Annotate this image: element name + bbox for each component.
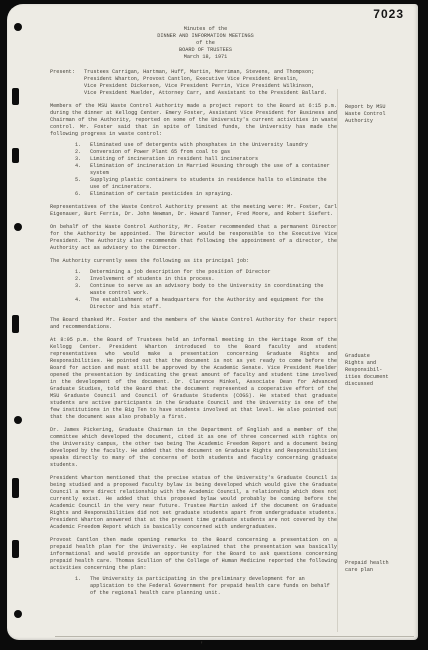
binder-hole [12,540,19,558]
present-section: Present: Trustees Carrigan, Hartman, Huf… [50,69,337,97]
numbered-list: 1.Eliminated use of detergents with phos… [75,142,337,198]
paragraph: President Wharton mentioned that the pre… [50,475,337,531]
document-blocks: Members of the MSU Waste Control Authori… [50,103,337,597]
margin-column-rule [337,89,338,632]
paragraph: The Authority currently sees the followi… [50,258,337,265]
list-item: 6.Elimination of certain pesticides in s… [75,191,337,198]
present-attendees: Trustees Carrigan, Hartman, Huff, Martin… [84,69,337,97]
binder-hole [14,23,22,31]
binder-hole [12,88,19,105]
paragraph: Members of the MSU Waste Control Authori… [50,103,337,138]
title-line: March 18, 1971 [62,54,349,61]
list-item: 3.Limiting of incineration in resident h… [75,156,337,163]
list-item: 3.Continue to serve as an advisory body … [75,283,337,297]
bottom-scan-line [55,636,414,637]
margin-note-waste-authority: Report by MSU Waste Control Authority [345,104,425,125]
numbered-list: 1.Determining a job description for the … [75,269,337,311]
list-item: 5.Supplying plastic containers to studen… [75,177,337,191]
page-number: 7023 [373,7,404,21]
list-item: 1.Determining a job description for the … [75,269,337,276]
title-line: DINNER AND INFORMATION MEETINGS [62,33,349,40]
title-line: of the [62,40,349,47]
binder-hole [14,416,22,424]
list-item: 2.Conversion of Power Plant 65 from coal… [75,149,337,156]
paragraph: Provost Cantlon then made opening remark… [50,537,337,572]
margin-note-prepaid-health: Prepaid health care plan [345,560,425,574]
title-line: BOARD OF TRUSTEES [62,47,349,54]
document-title: Minutes of the DINNER AND INFORMATION ME… [62,26,349,61]
binder-hole [14,223,22,231]
binder-hole [14,610,22,618]
list-item: 4.Elimination of incineration in Married… [75,163,337,177]
document-body: Minutes of the DINNER AND INFORMATION ME… [50,26,337,603]
present-label: Present: [50,69,76,97]
binder-hole [12,148,19,163]
binder-hole [12,315,19,333]
binder-hole [12,478,19,498]
paragraph: On behalf of the Waste Control Authority… [50,224,337,252]
paragraph: The Board thanked Mr. Foster and the mem… [50,317,337,331]
numbered-list: 1.The University is participating in the… [75,576,337,597]
list-item: 1.Eliminated use of detergents with phos… [75,142,337,149]
scanned-page: 7023 Minutes of the DINNER AND INFORMATI… [7,4,418,640]
paragraph: Representatives of the Waste Control Aut… [50,204,337,218]
list-item: 2.Involvement of students in this proces… [75,276,337,283]
list-item: 1.The University is participating in the… [75,576,337,597]
paragraph: Dr. James Pickering, Graduate Chairman i… [50,427,337,469]
title-line: Minutes of the [62,26,349,33]
list-item: 4.The establishment of a headquarters fo… [75,297,337,311]
paragraph: At 8:05 p.m. the Board of Trustees held … [50,337,337,421]
stray-ink-mark: ' [200,641,204,648]
margin-note-graduate-rights: Graduate Rights and Responsibil- ities d… [345,353,425,388]
